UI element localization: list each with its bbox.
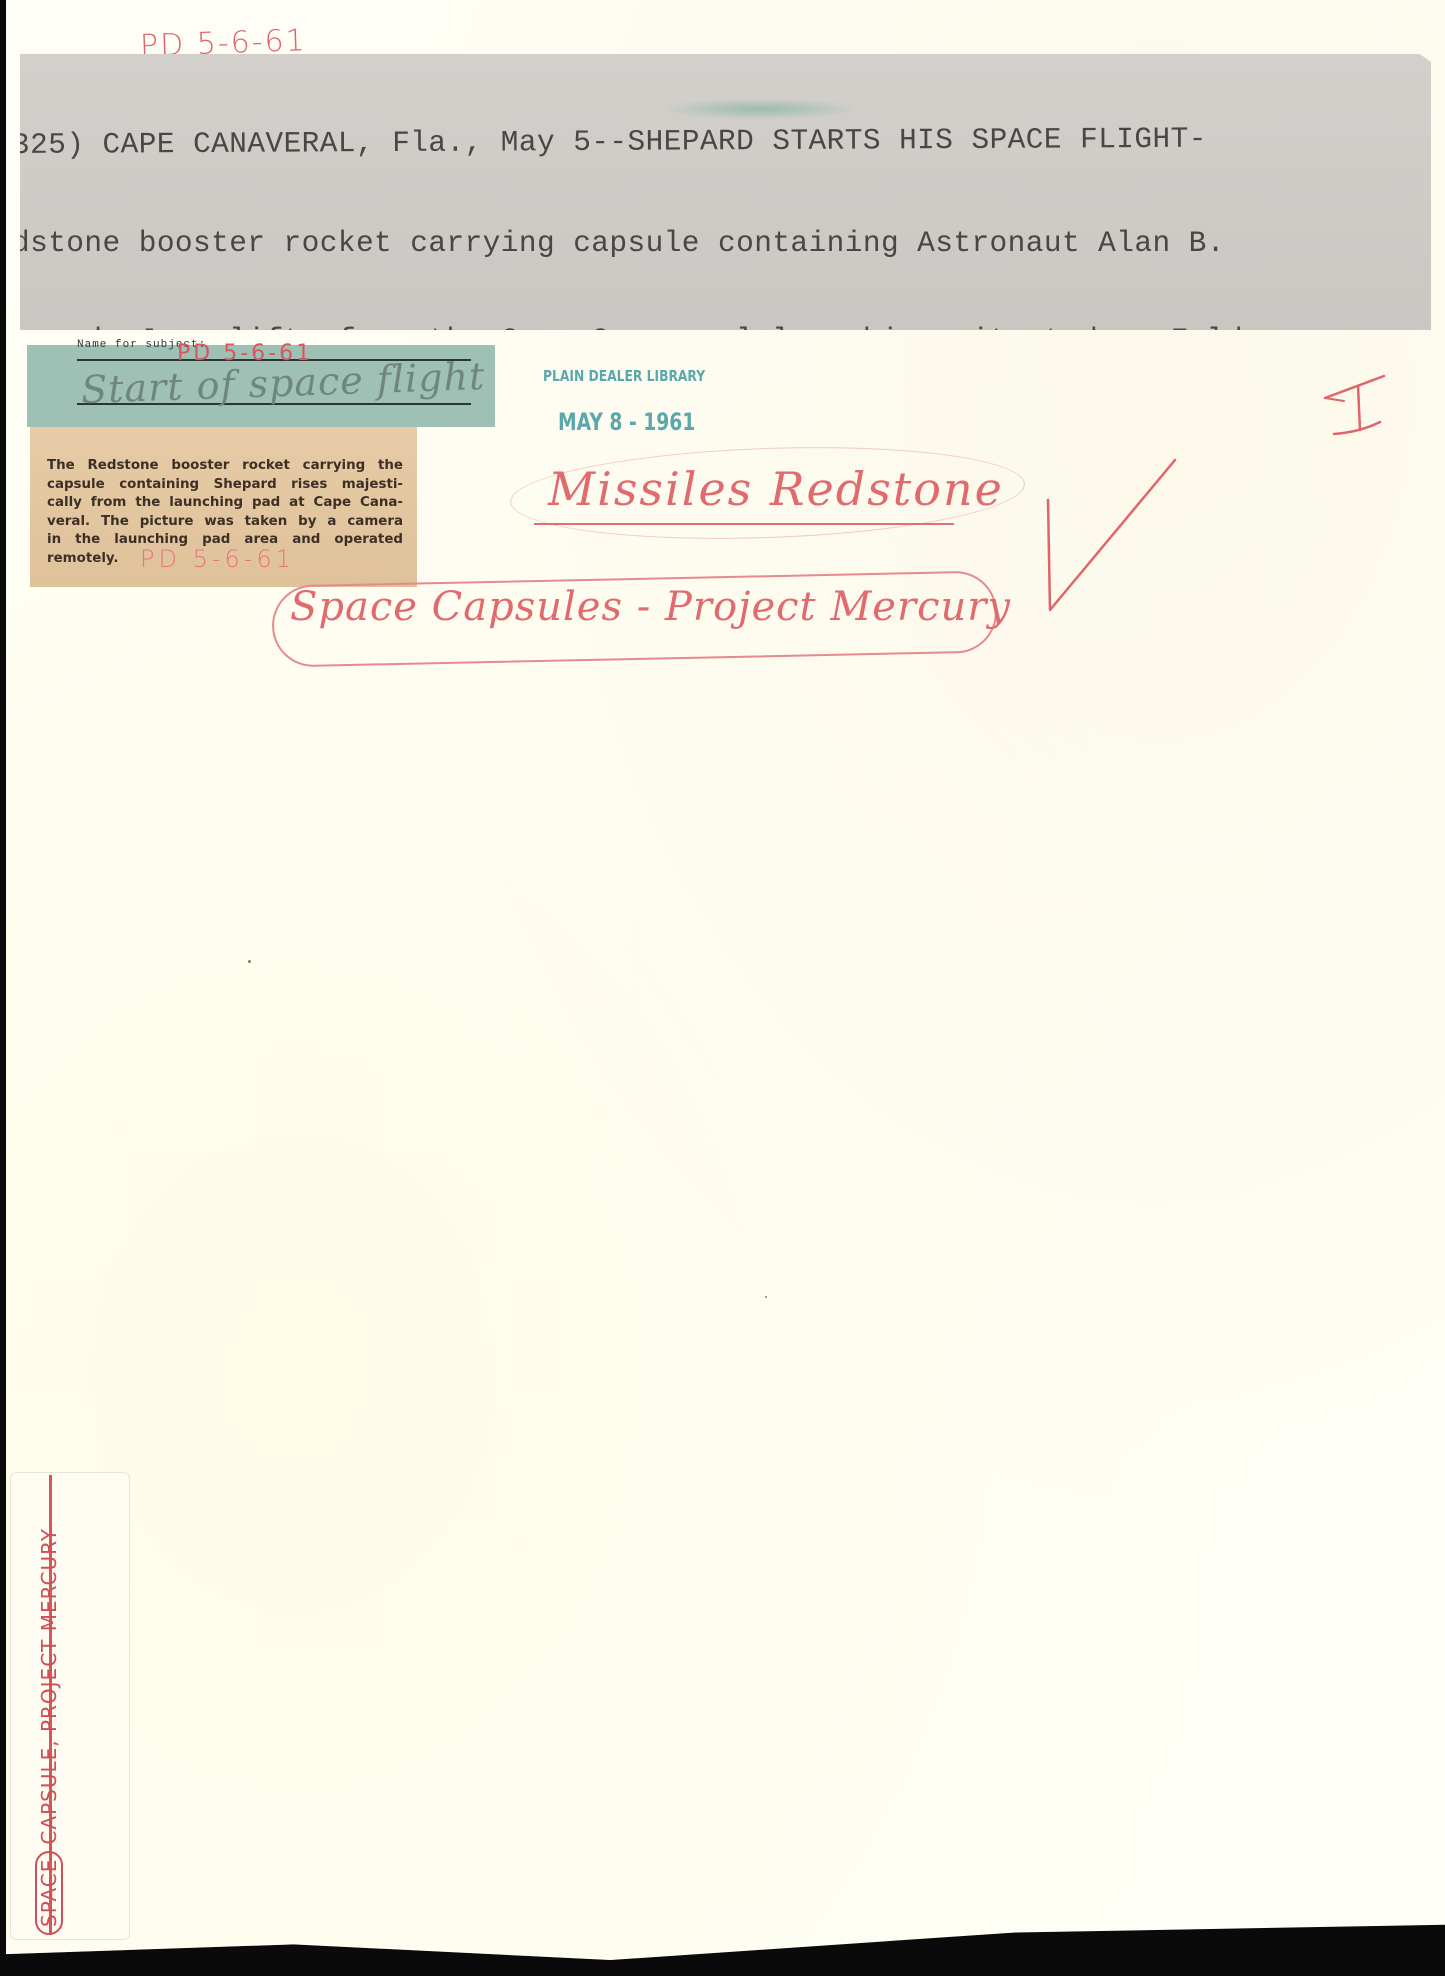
- caption-line: dstone booster rocket carrying capsule c…: [20, 227, 1261, 260]
- library-stamp-name: PLAIN DEALER LIBRARY: [543, 367, 705, 385]
- clipping-line: The Redstone booster rocket carrying the: [47, 457, 403, 476]
- sticker-circled-word: SPACE: [35, 1851, 63, 1935]
- subject-label-card: Name for subject: Start of space flight …: [27, 345, 495, 427]
- clipping-line: capsule containing Shepard rises majesti…: [47, 476, 403, 495]
- category-note-missiles: Missiles Redstone: [548, 462, 1004, 516]
- sticker-text: SPACECAPSULE, PROJECT MERCURY: [35, 1528, 63, 1935]
- scan-background: [0, 1962, 1445, 1976]
- category-note-capsules: Space Capsules - Project Mercury: [290, 584, 1011, 630]
- sticker-category: CAPSULE, PROJECT MERCURY: [37, 1528, 61, 1845]
- side-category-sticker: SPACECAPSULE, PROJECT MERCURY: [10, 1472, 130, 1940]
- clipping-date-mark: PD 5-6-61: [140, 545, 295, 573]
- clipping-line: cally from the launching pad at Cape Can…: [47, 494, 403, 513]
- newspaper-clipping: The Redstone booster rocket carrying the…: [30, 427, 417, 587]
- paper-speck: [248, 960, 251, 963]
- library-stamp-date: MAY 8 - 1961: [558, 408, 695, 436]
- subject-date-mark: PD 5-6-61: [177, 341, 313, 366]
- paper-speck: [765, 1296, 767, 1298]
- missiles-note-underline: [534, 523, 954, 525]
- clipping-line: veral. The picture was taken by a camera: [47, 513, 403, 532]
- ap-caption-text: 325) CAPE CANAVERAL, Fla., May 5--SHEPAR…: [20, 64, 1261, 330]
- ap-caption-strip: 325) CAPE CANAVERAL, Fla., May 5--SHEPAR…: [20, 54, 1431, 330]
- caption-line: 325) CAPE CANAVERAL, Fla., May 5--SHEPAR…: [20, 122, 1261, 161]
- caption-line: epard, Jr., lifts from the Cape Canavera…: [20, 324, 1261, 330]
- roman-numeral-mark: [1320, 368, 1390, 438]
- check-mark-icon: [1040, 450, 1180, 615]
